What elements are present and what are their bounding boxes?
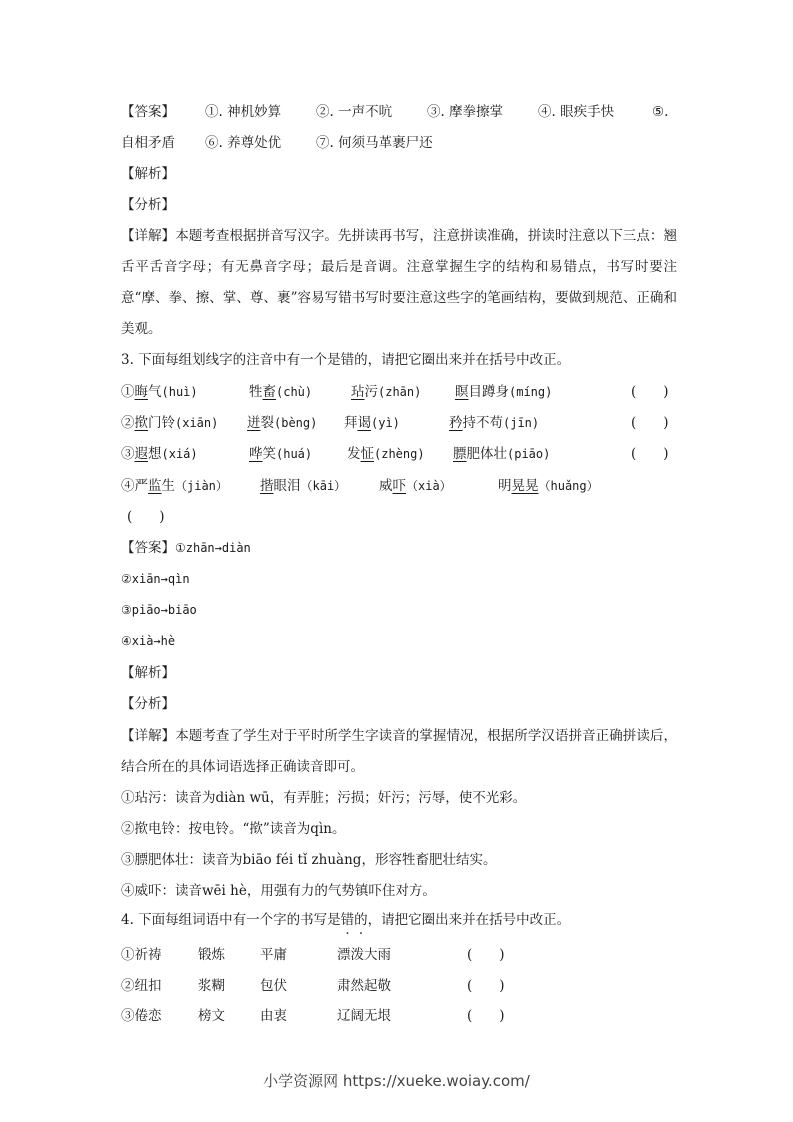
word-text: 发: [347, 446, 361, 462]
word-text: 门铃: [148, 415, 175, 431]
word-text: 持不苟: [463, 415, 504, 431]
pinyin: (huì): [162, 385, 198, 399]
row-number: ④: [121, 478, 135, 494]
word-text: 气: [148, 384, 162, 400]
answer-item: 自相矛盾: [121, 135, 175, 151]
word: 漂泼大雨: [337, 945, 391, 965]
word-text: 笑: [263, 446, 277, 462]
underlined-char: 监: [148, 478, 162, 494]
q3-explanation-4: ④威吓：读音wēi hè，用强有力的气势镇吓住对方。: [121, 881, 436, 901]
word-text: 污: [365, 384, 379, 400]
q3-row-2: ②揿门铃(xiān) 迸裂(bèng) 拜谒(yì) 矜持不苟(jīn) ( ): [121, 413, 218, 433]
pinyin: (bèng): [274, 416, 317, 430]
q3-fenxi-label: 【分析】: [121, 694, 175, 714]
footer-watermark: 小学资源网 https://xueke.woiay.com/: [0, 1070, 793, 1091]
answer-parentheses[interactable]: ( ): [467, 945, 505, 965]
q4-title: 4. 下面每组词语中有一个字的书写是错的，请把它圈出来并在括号中改正。: [121, 910, 570, 930]
word: 锻炼: [198, 945, 225, 965]
q3-jiexi-label: 【解析】: [121, 663, 175, 683]
underlined-char: 晦: [135, 384, 149, 400]
q3-answer-4: ④xià→hè: [121, 631, 175, 651]
word: ②纽扣: [121, 978, 162, 994]
pinyin: （kāi）: [301, 479, 347, 493]
word-text: 明: [498, 478, 512, 494]
answer-parentheses[interactable]: ( ): [631, 382, 669, 402]
q4-row-2: ②纽扣 浆糊 包伏 肃然起敬 ( ): [121, 976, 162, 996]
pinyin: (zhèng): [374, 447, 425, 461]
underlined-char: 膘: [453, 446, 467, 462]
detail-text: 本题考查了学生对于平时所学生字读音的掌握情况，根据所学汉语拼音正确拼读后，结合所…: [121, 728, 677, 775]
answer-parentheses[interactable]: ( ): [467, 1006, 505, 1026]
pinyin: (chù): [276, 385, 312, 399]
underlined-char: 畜: [263, 384, 277, 400]
q3-row-3: ③遐想(xiá) 哗笑(huá) 发怔(zhèng) 膘肥体壮(piāo) ( …: [121, 444, 198, 464]
q2-detail-paragraph: 【详解】本题考查根据拼音写汉字。先拼读再书写，注意拼读准确，拼读时注意以下三点：…: [121, 221, 677, 345]
pinyin: (yì): [371, 416, 400, 430]
q3-detail-paragraph: 【详解】本题考查了学生对于平时所学生字读音的掌握情况，根据所学汉语拼音正确拼读后…: [121, 721, 677, 783]
underlined-char: 哗: [249, 446, 263, 462]
q2-jiexi-label: 【解析】: [121, 164, 175, 184]
document-page: 【答案】 ①. 神机妙算 ②. 一声不吭 ③. 摩拳擦掌 ④. 眼疾手快 ⑤. …: [0, 0, 793, 1122]
pinyin: （huǎng）: [539, 479, 599, 493]
word-text: 拜: [344, 415, 358, 431]
q3-row-4: ④严监生（jiàn） 揩眼泪（kāi） 威吓（xià） 明晃晃（huǎng）: [121, 476, 228, 496]
word: 榜文: [198, 1006, 225, 1026]
detail-label: 【详解】: [121, 228, 175, 244]
row-number: ②: [121, 415, 135, 431]
detail-label: 【详解】: [121, 728, 175, 744]
answer-item: ⑤.: [652, 102, 668, 122]
answer-label: 【答案】: [121, 540, 175, 556]
underlined-char: 怔: [361, 446, 375, 462]
answer-item: ②. 一声不吭: [316, 102, 392, 122]
answer-parentheses[interactable]: ( ): [631, 413, 669, 433]
q3-row-1: ①晦气(huì) 牲畜(chù) 玷污(zhān) 瞑目蹲身(míng) ( ): [121, 382, 198, 402]
row-number: ③: [121, 446, 135, 462]
underlined-char: 瞑: [455, 384, 469, 400]
word: 肃然起敬: [337, 976, 391, 996]
q3-explanation-3: ③膘肥体壮：读音为biāo féi tǐ zhuàng，形容牲畜肥壮结实。: [121, 850, 496, 870]
emphasized-char: 错: [341, 912, 355, 928]
answer-item: ⑥. 养尊处优: [205, 133, 281, 153]
word-text: 严: [135, 478, 149, 494]
word: 由衷: [260, 1006, 287, 1026]
answer-item: ①. 神机妙算: [205, 102, 281, 122]
q3-answer-3: ③piāo→biāo: [121, 600, 197, 620]
q4-row-3: ③倦恋 榜文 由衷 辽阔无垠 ( ): [121, 1006, 162, 1026]
q3-answer-2: ②xiān→qìn: [121, 569, 190, 589]
row-number: ①: [121, 384, 135, 400]
q3-answer-line: 【答案】①zhān→diàn: [121, 538, 251, 558]
emphasized-char: 的: [354, 912, 368, 928]
q3-title: 3. 下面每组划线字的注音中有一个是错的，请把它圈出来并在括号中改正。: [121, 350, 570, 370]
word: 平庸: [260, 945, 287, 965]
word: 包伏: [260, 976, 287, 996]
underlined-char: 晃晃: [512, 478, 539, 494]
q3-explanation-2: ②揿电铃：按电铃。“揿”读音为qìn。: [121, 819, 345, 839]
pinyin: (míng): [509, 385, 552, 399]
underlined-char: 揿: [135, 415, 149, 431]
word-text: 生: [162, 478, 176, 494]
answer-item: ①zhān→diàn: [175, 541, 251, 555]
pinyin: (huá): [276, 447, 312, 461]
q4-row-1: ①祈祷 锻炼 平庸 漂泼大雨 ( ): [121, 945, 162, 965]
word-text: 裂: [261, 415, 275, 431]
q2-answer-line-1: 【答案】 ①. 神机妙算 ②. 一声不吭 ③. 摩拳擦掌 ④. 眼疾手快 ⑤.: [121, 102, 175, 122]
word-text: 目蹲身: [469, 384, 510, 400]
word-text: 牲: [249, 384, 263, 400]
q2-answer-line-2: 自相矛盾 ⑥. 养尊处优 ⑦. 何须马革裹尸还: [121, 133, 175, 153]
word-text: 眼泪: [274, 478, 301, 494]
word: ①祈祷: [121, 947, 162, 963]
answer-item: ④. 眼疾手快: [538, 102, 614, 122]
answer-label: 【答案】: [121, 104, 175, 120]
q2-fenxi-label: 【分析】: [121, 195, 175, 215]
pinyin: (zhān): [378, 385, 421, 399]
underlined-char: 玷: [351, 384, 365, 400]
word-text: 想: [148, 446, 162, 462]
underlined-char: 谒: [358, 415, 372, 431]
title-text: ，请把它圈出来并在括号中改正。: [368, 912, 571, 928]
pinyin: （jiàn）: [175, 479, 228, 493]
underlined-char: 吓: [393, 478, 407, 494]
answer-parentheses[interactable]: ( ): [631, 444, 669, 464]
q3-explanation-1: ①玷污：读音为diàn wū，有弄脏；污损；奸污；污辱，使不光彩。: [121, 788, 526, 808]
detail-text: 本题考查根据拼音写汉字。先拼读再书写，注意拼读准确，拼读时注意以下三点：翘舌平舌…: [121, 228, 677, 337]
word-text: 威: [379, 478, 393, 494]
pinyin: （xià）: [406, 479, 452, 493]
underlined-char: 遐: [135, 446, 149, 462]
pinyin: (piāo): [507, 447, 550, 461]
word: 浆糊: [198, 976, 225, 996]
answer-parentheses[interactable]: ( ): [467, 976, 505, 996]
q3-row-4-parentheses[interactable]: ( ): [127, 507, 165, 527]
pinyin: (jīn): [503, 416, 539, 430]
pinyin: (xiá): [162, 447, 198, 461]
word-text: 肥体壮: [467, 446, 508, 462]
word: ③倦恋: [121, 1008, 162, 1024]
pinyin: (xiān): [175, 416, 218, 430]
answer-item: ⑦. 何须马革裹尸还: [316, 133, 433, 153]
title-text: 4. 下面每组词语中有一个字的书写是: [121, 912, 341, 928]
underlined-char: 矜: [449, 415, 463, 431]
underlined-char: 揩: [260, 478, 274, 494]
answer-item: ③. 摩拳擦掌: [427, 102, 503, 122]
underlined-char: 迸: [247, 415, 261, 431]
word: 辽阔无垠: [337, 1006, 391, 1026]
